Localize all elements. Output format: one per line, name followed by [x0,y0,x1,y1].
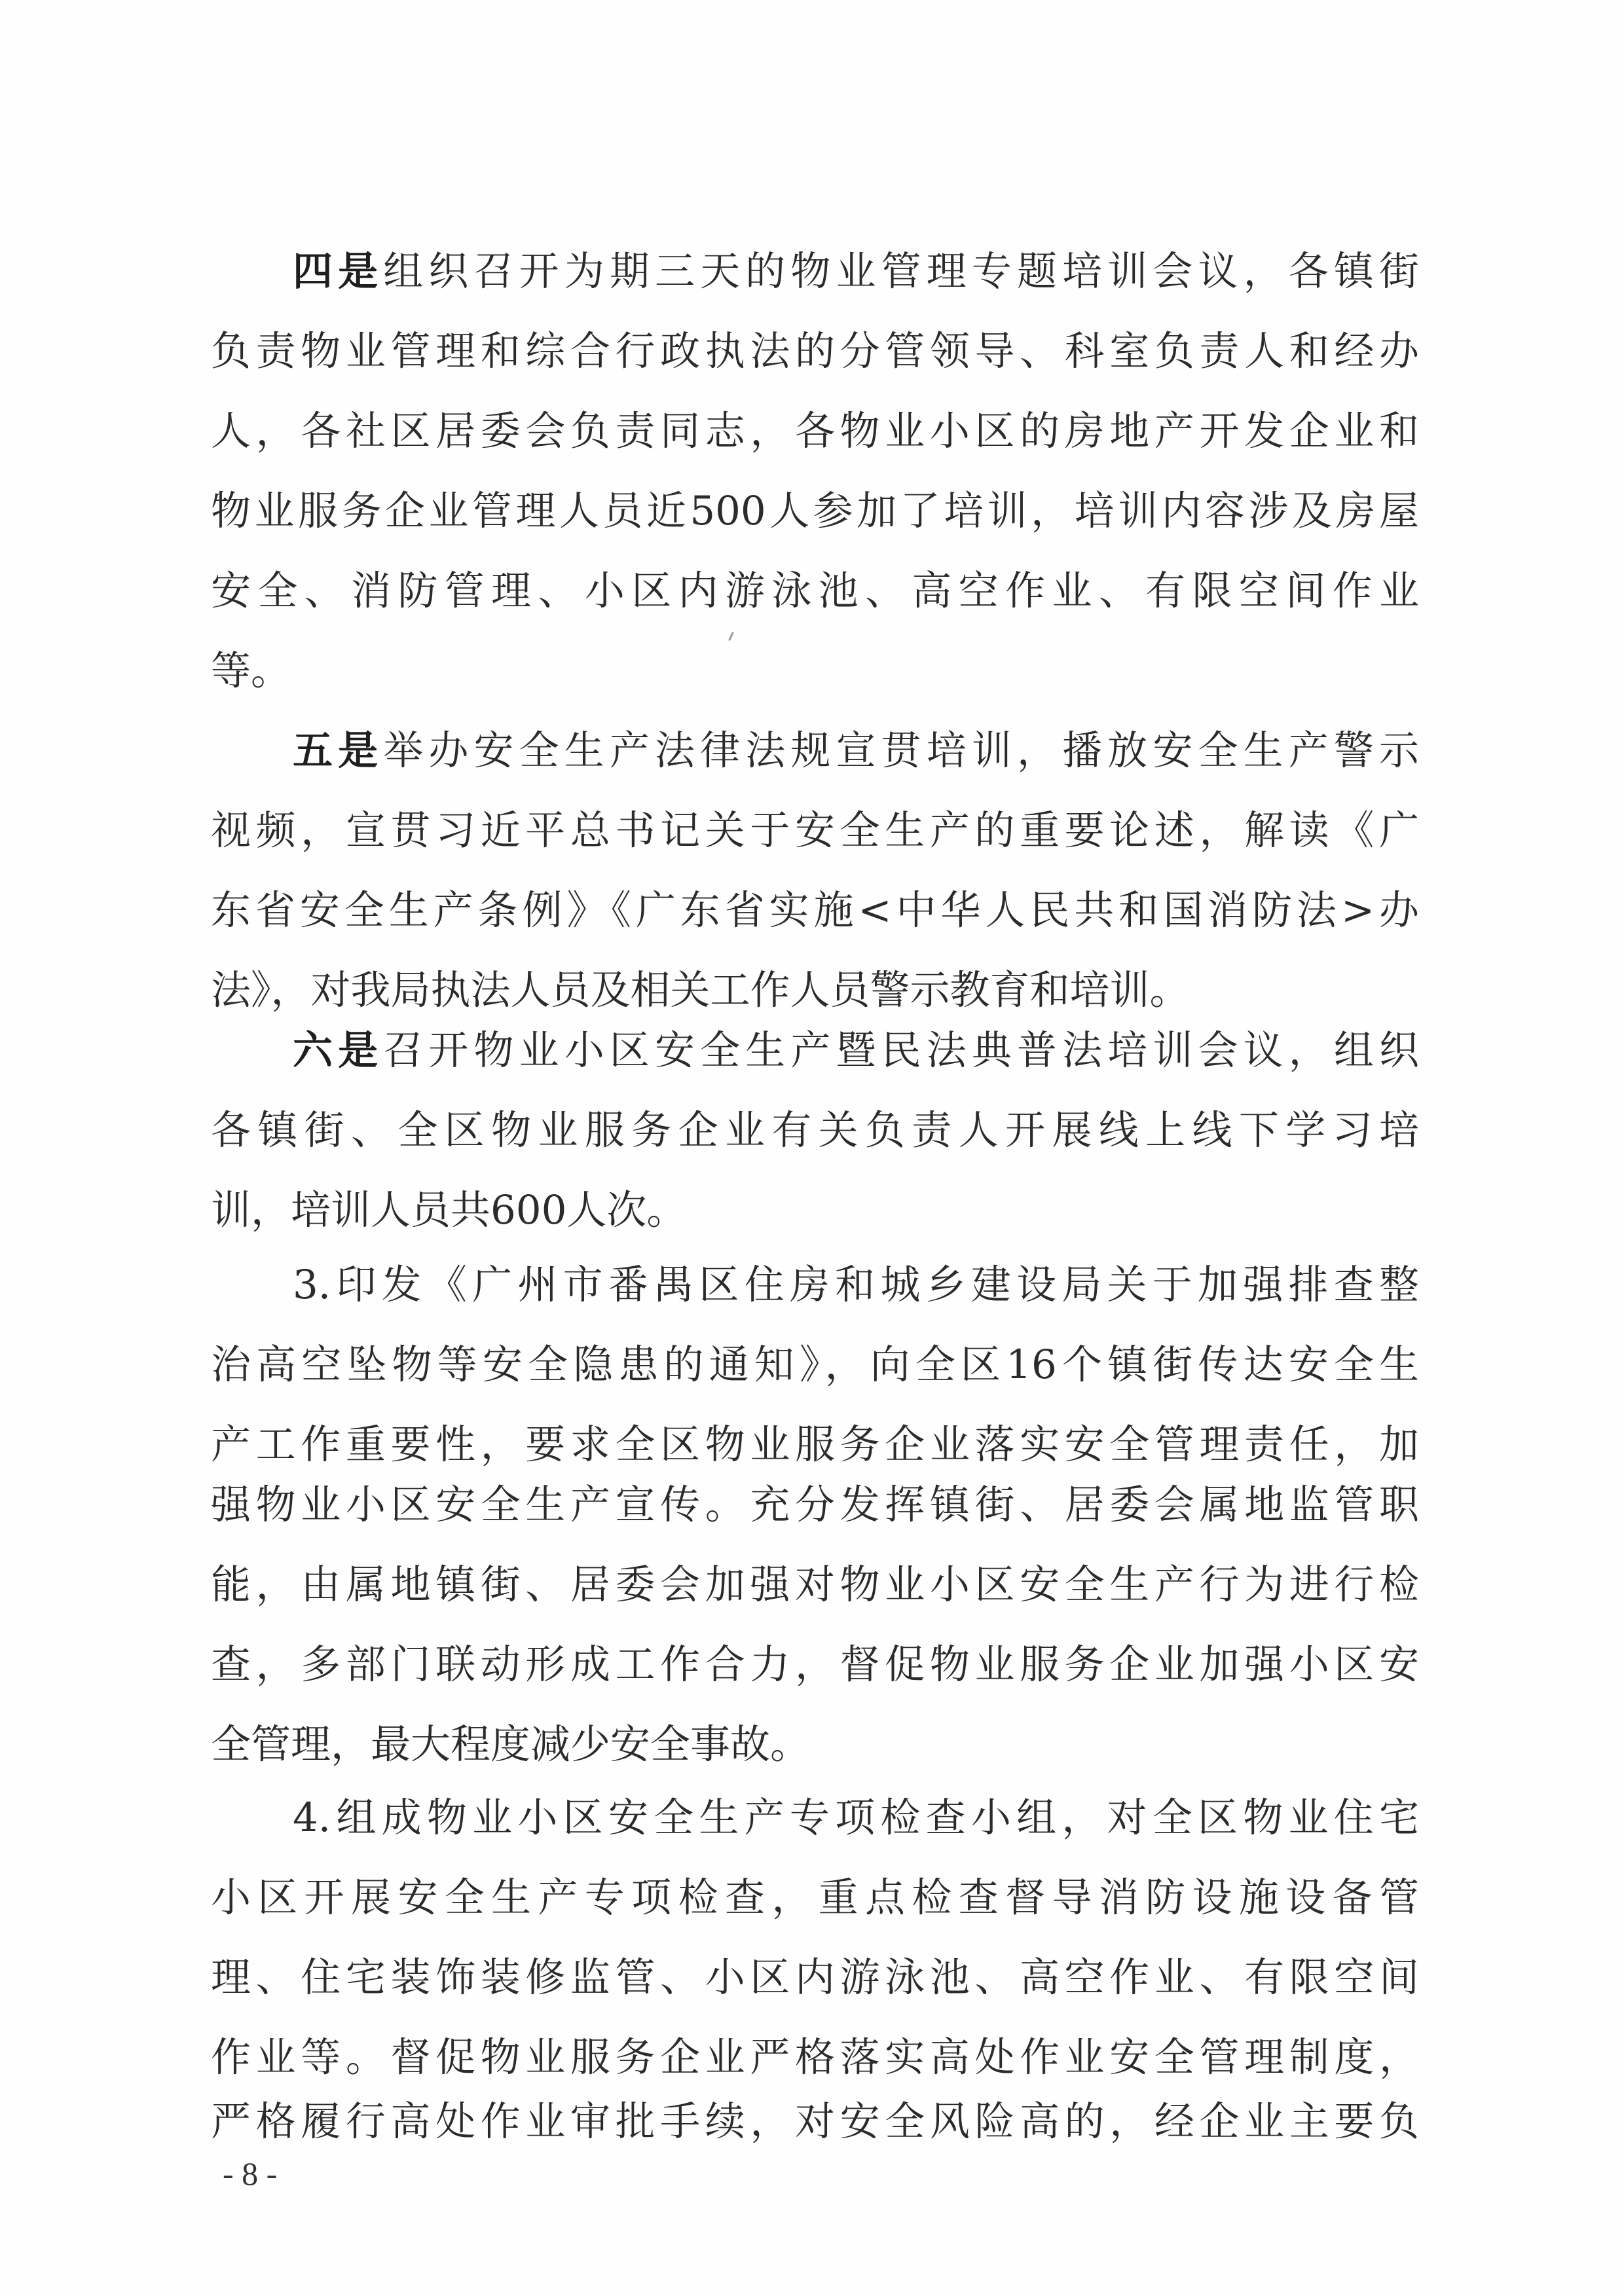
paragraph-5-line-1: 五是举办安全生产法律法规宣贯培训，播放安全生产警示 [293,721,1419,780]
paragraph-lead: 五是 [293,727,383,774]
paragraph-6-line-2: 各镇街、全区物业服务企业有关负责人开展线上线下学习培 [211,1101,1419,1160]
item-3-line-3: 产工作重要性，要求全区物业服务企业落实安全管理责任，加 [211,1415,1419,1474]
paragraph-5-line-3: 东省安全生产条例》《广东省实施<中华人民共和国消防法>办 [211,881,1419,940]
item-3-line-1: 3.印发《广州市番禺区住房和城乡建设局关于加强排查整 [293,1256,1419,1315]
item-4-line-2: 小区开展安全生产专项检查，重点检查督导消防设施设备管 [211,1868,1419,1927]
page-number: - 8 - [223,2151,277,2196]
item-3-line-6: 查，多部门联动形成工作合力，督促物业服务企业加强小区安 [211,1635,1419,1694]
item-3-line-7: 全管理，最大程度减少安全事故。 [211,1715,1419,1774]
paragraph-4-line-1: 四是组织召开为期三天的物业管理专题培训会议，各镇街 [293,242,1419,301]
item-4-line-1: 4.组成物业小区安全生产专项检查小组，对全区物业住宅 [293,1789,1419,1848]
paragraph-4-line-5: 安全、消防管理、小区内游泳池、高空作业、有限空间作业 [211,562,1419,621]
item-4-line-3: 理、住宅装饰装修监管、小区内游泳池、高空作业、有限空间 [211,1948,1419,2007]
scan-speck [728,632,734,641]
paragraph-6-line-3: 训，培训人员共600人次。 [211,1181,1419,1240]
paragraph-5-line-4: 法》，对我局执法人员及相关工作人员警示教育和培训。 [211,961,1419,1020]
paragraph-4-line-4: 物业服务企业管理人员近500人参加了培训，培训内容涉及房屋 [211,482,1419,541]
paragraph-lead: 四是 [293,248,383,295]
paragraph-4-line-3: 人，各社区居委会负责同志，各物业小区的房地产开发企业和 [211,402,1419,461]
item-4-line-5: 严格履行高处作业审批手续，对安全风险高的，经企业主要负 [211,2092,1419,2151]
paragraph-4-line-2: 负责物业管理和综合行政执法的分管领导、科室负责人和经办 [211,322,1419,381]
paragraph-5-line-2: 视频，宣贯习近平总书记关于安全生产的重要论述，解读《广 [211,801,1419,860]
paragraph-6-line-1: 六是召开物业小区安全生产暨民法典普法培训会议，组织 [293,1021,1419,1080]
item-3-line-5: 能，由属地镇街、居委会加强对物业小区安全生产行为进行检 [211,1556,1419,1614]
item-3-line-2: 治高空坠物等安全隐患的通知》，向全区16个镇街传达安全生 [211,1336,1419,1394]
paragraph-4-line-6: 等。 [211,642,1419,701]
document-page: 四是组织召开为期三天的物业管理专题培训会议，各镇街 负责物业管理和综合行政执法的… [0,0,1624,2296]
item-3-line-4: 强物业小区安全生产宣传。充分发挥镇街、居委会属地监管职 [211,1476,1419,1535]
item-4-line-4: 作业等。督促物业服务企业严格落实高处作业安全管理制度， [211,2028,1419,2087]
paragraph-lead: 六是 [293,1027,383,1074]
